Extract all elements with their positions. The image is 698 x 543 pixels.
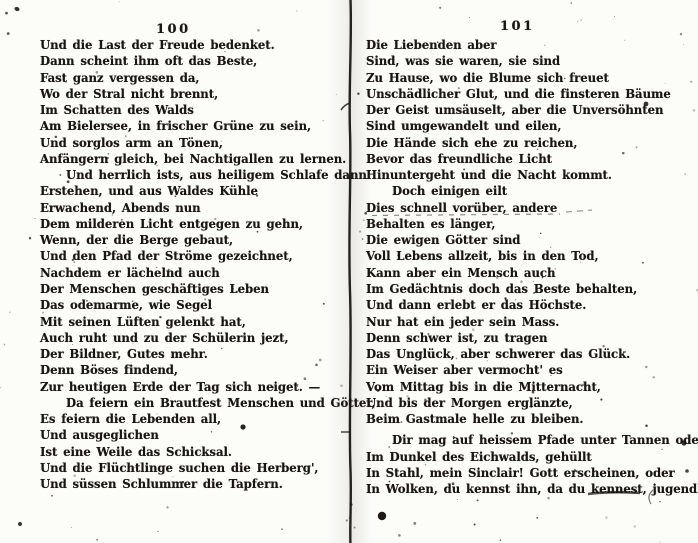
poem-line: Die ewigen Götter sind [366, 232, 698, 248]
poem-line: Sind umgewandelt und eilen, [366, 118, 698, 134]
poem-line: In Wolken, du kennst ihn, da du kennest,… [366, 481, 698, 497]
poem-line: Nachdem er lächelnd auch [40, 265, 376, 281]
poem-line: Dir mag auf heissem Pfade unter Tannen o… [366, 432, 698, 448]
poem-line: Vom Mittag bis in die Mitternacht, [366, 379, 698, 395]
poem-line: Und den Pfad der Ströme gezeichnet, [40, 248, 376, 264]
page-number-left: 100 [156, 22, 191, 37]
poem-line: Behalten es länger, [366, 216, 698, 232]
poem-line: Fast ganz vergessen da, [40, 70, 376, 86]
poem-line: Die Hände sich ehe zu reichen, [366, 135, 698, 151]
poem-line: Und sorglos arm an Tönen, [40, 135, 376, 151]
poem-line: Und die Last der Freude bedenket. [40, 37, 376, 53]
poem-line: Ein Weiser aber vermocht' es [366, 362, 698, 378]
poem-line: Der Bildner, Gutes mehr. [40, 346, 376, 362]
page-number-right: 101 [500, 19, 535, 34]
poem-line: Dann scheint ihm oft das Beste, [40, 53, 376, 69]
poem-line: Im Schatten des Walds [40, 102, 376, 118]
poem-line: Und ausgeglichen [40, 427, 376, 443]
poem-line: Sind, was sie waren, sie sind [366, 53, 698, 69]
poem-line: Erwachend, Abends nun [40, 200, 376, 216]
poem-line: Voll Lebens allzeit, bis in den Tod, [366, 248, 698, 264]
poem-line: Und süssen Schlummer die Tapfern. [40, 476, 376, 492]
ink-blob [18, 522, 22, 526]
poem-line: Und bis der Morgen erglänzte, [366, 395, 698, 411]
poem-line: Im Dunkel des Eichwalds, gehüllt [366, 449, 698, 465]
poem-line: Hinuntergeht und die Nacht kommt. [366, 167, 698, 183]
poem-line: Wenn, der die Berge gebaut, [40, 232, 376, 248]
poem-line: Zur heutigen Erde der Tag sich neiget. — [40, 379, 376, 395]
poem-line: Bevor das freundliche Licht [366, 151, 698, 167]
poem-line: Und dann erlebt er das Höchste. [366, 297, 698, 313]
poem-line: Unschädlicher Glut, und die finsteren Bä… [366, 86, 698, 102]
ink-blob [378, 512, 386, 520]
poem-line: Denn schwer ist, zu tragen [366, 330, 698, 346]
poem-line: Mit seinen Lüften gelenkt hat, [40, 314, 376, 330]
scanned-book-spread: 100 101 Und die Last der Freude bedenket… [0, 0, 698, 543]
poem-text-left-page: Und die Last der Freude bedenket. Dann s… [40, 37, 376, 492]
poem-line: Doch einigen eilt [366, 183, 698, 199]
poem-line: Am Bielersee, in frischer Grüne zu sein, [40, 118, 376, 134]
poem-line: Die Liebenden aber [366, 37, 698, 53]
poem-line: Dies schnell vorüber, andere [366, 200, 698, 216]
poem-line: Nur hat ein jeder sein Mass. [366, 314, 698, 330]
poem-line: Wo der Stral nicht brennt, [40, 86, 376, 102]
poem-line: Auch ruht und zu der Schülerin jezt, [40, 330, 376, 346]
poem-line: Erstehen, und aus Waldes Kühle [40, 183, 376, 199]
poem-line: Zu Hause, wo die Blume sich freuet [366, 70, 698, 86]
poem-line: Im Gedächtnis doch das Beste behalten, [366, 281, 698, 297]
ink-blob [14, 6, 20, 12]
poem-text-right-page: Die Liebenden aber Sind, was sie waren, … [366, 37, 698, 497]
poem-line: Das Unglück, aber schwerer das Glück. [366, 346, 698, 362]
poem-line: Der Menschen geschäftiges Leben [40, 281, 376, 297]
poem-line: Und herrlich ists, aus heiligem Schlafe … [40, 167, 376, 183]
poem-line: Dem milderen Licht entgegen zu gehn, [40, 216, 376, 232]
poem-line: Da feiern ein Brautfest Menschen und Göt… [40, 395, 376, 411]
poem-line: Beim Gastmale helle zu bleiben. [366, 411, 698, 427]
poem-line: Und die Flüchtlinge suchen die Herberg', [40, 460, 376, 476]
poem-line: Der Geist umsäuselt, aber die Unversöhnt… [366, 102, 698, 118]
poem-line: Denn Böses findend, [40, 362, 376, 378]
poem-line: Anfängern gleich, bei Nachtigallen zu le… [40, 151, 376, 167]
poem-line: Das odemarme, wie Segel [40, 297, 376, 313]
poem-line: In Stahl, mein Sinclair! Gott erscheinen… [366, 465, 698, 481]
poem-line: Es feiern die Lebenden all, [40, 411, 376, 427]
poem-line: Kann aber ein Mensch auch [366, 265, 698, 281]
poem-line: Ist eine Weile das Schicksal. [40, 444, 376, 460]
